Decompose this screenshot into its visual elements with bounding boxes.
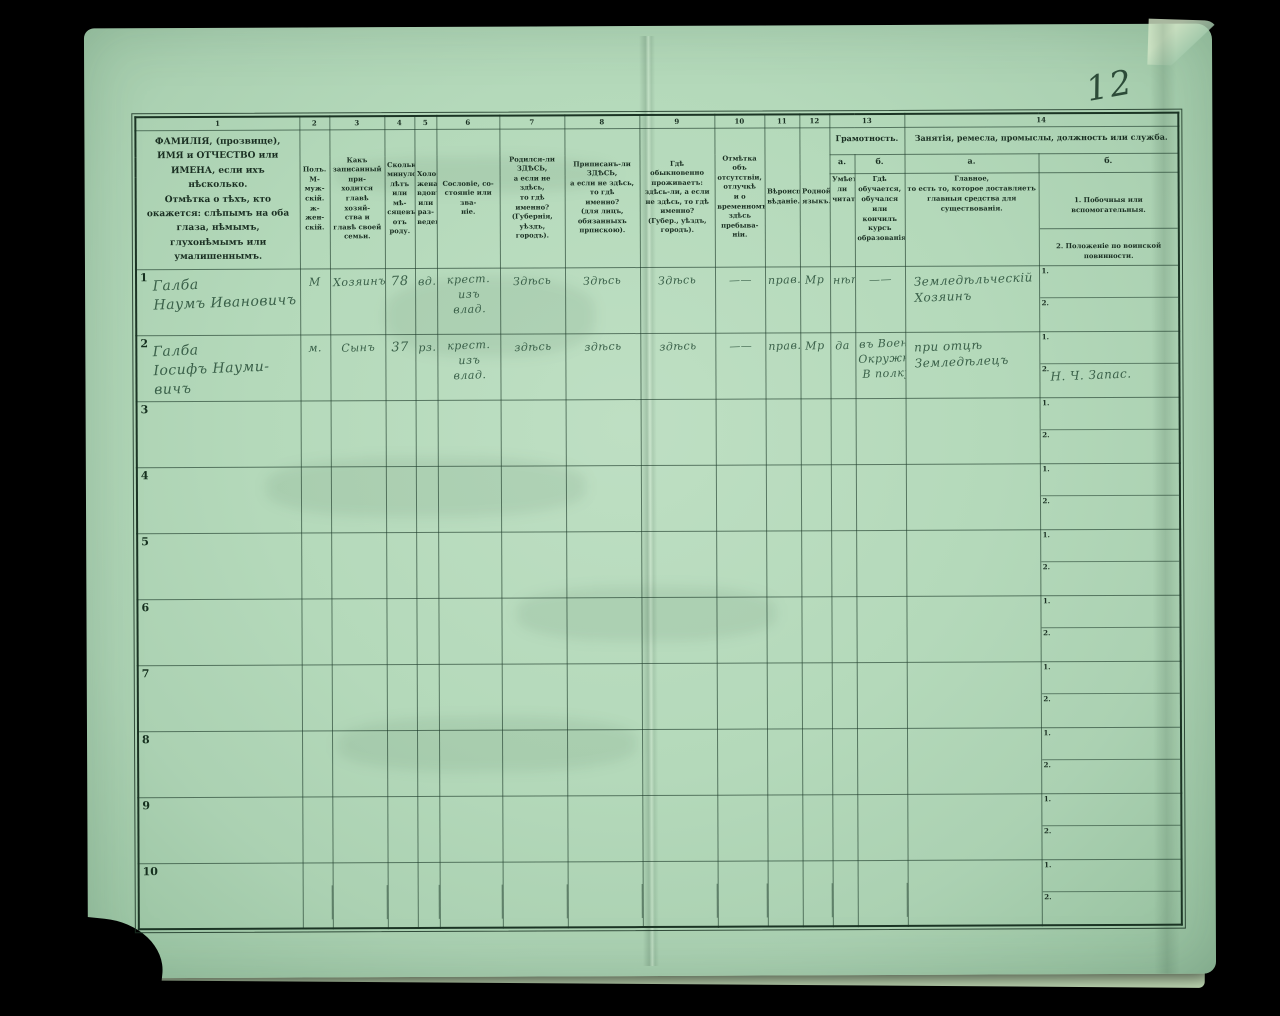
cell-religion [766, 398, 801, 464]
occupation-main-value: при отцѣ Земледѣлецъ [913, 335, 1008, 371]
cell-name: 1Галба Наумъ Ивановичъ [136, 269, 300, 336]
cell-relation [332, 664, 387, 730]
cell-sex-value: М [309, 275, 321, 290]
cell-registration-value: здѣсь [584, 339, 622, 355]
cell-literacy-read: да [830, 332, 855, 398]
cell-language [802, 728, 832, 794]
person-row-8: 81.2. [138, 727, 1181, 798]
cell-birthplace [501, 399, 566, 465]
cell-birthplace [503, 861, 568, 927]
cell-language: Мр [800, 266, 830, 332]
cell-birthplace-value: Здѣсь [513, 273, 552, 289]
cell-literacy-read: нѣтъ [830, 266, 855, 332]
cell-marital [418, 862, 440, 928]
cell-occupation-main [907, 793, 1041, 860]
col-num-5: 5 [414, 116, 436, 130]
cell-name: 8 [138, 731, 302, 798]
cell-language [801, 464, 831, 530]
cell-marital [416, 400, 438, 466]
row-number: 3 [141, 403, 149, 416]
cell-relation-value: Сынъ [341, 340, 376, 356]
sub-cell-first: 1. [1041, 529, 1180, 561]
cell-estate [438, 400, 501, 466]
sub-cell-first: 1. [1041, 727, 1180, 759]
cell-literacy-read [832, 794, 857, 860]
header-occupation-a: а. [904, 154, 1038, 174]
census-table: 1 2 3 4 5 6 7 8 9 10 11 12 13 14 ФАМИЛІЯ… [134, 112, 1183, 931]
census-form-page: 12 1 2 3 4 5 6 7 8 9 10 11 12 13 1 [84, 24, 1216, 979]
cell-registration [566, 531, 641, 597]
cell-relation [331, 400, 386, 466]
header-occupation-side: 1. Побочныя или вспомогательныя. 2. Поло… [1039, 172, 1179, 265]
header-occupation-b: б. [1038, 153, 1178, 173]
cell-residence [642, 729, 717, 795]
sub-cell-label: 2. [1042, 298, 1049, 307]
occupation-main-value: Земледѣльческій Хозяинъ [913, 269, 1033, 306]
cell-absence [716, 465, 766, 531]
cell-absence [716, 597, 766, 663]
cell-name: 2Галба Іосифъ Науми- вичъ [136, 335, 300, 402]
cell-age [387, 796, 417, 862]
header-sex: Полъ. М-муж- скій. ж-жен- скій. [299, 130, 330, 269]
cell-birthplace: Здѣсь [500, 267, 565, 333]
cell-marital [417, 796, 439, 862]
sub-cell-second: 2. [1040, 429, 1179, 462]
cell-occupation-side: 1.2. [1040, 595, 1180, 662]
cell-absence [717, 663, 767, 729]
cell-literacy-read [831, 464, 856, 530]
cell-literacy-read [831, 596, 856, 662]
cell-occupation-main [906, 595, 1040, 662]
cell-registration: Здѣсь [565, 267, 640, 333]
cell-age [386, 466, 416, 532]
sub-cell-second: 2. [1040, 495, 1179, 528]
person-row-6: 61.2. [137, 595, 1180, 666]
cell-residence [641, 399, 716, 465]
cell-absence-value: —— [729, 339, 753, 355]
sub-cell-label: 1. [1043, 662, 1050, 671]
person-name: Галба Іосифъ Науми- вичъ [152, 338, 270, 399]
cell-occupation-main [907, 661, 1041, 728]
header-language: Родной языкъ. [799, 128, 830, 267]
cell-literacy-where-value: въ Воен. Окружн. В полку [857, 335, 906, 382]
col-num-2: 2 [299, 116, 329, 130]
cell-marital-value: рз. [418, 340, 437, 356]
cell-residence-value: здѣсь [659, 339, 697, 355]
col-num-9: 9 [639, 115, 714, 129]
cell-residence [641, 465, 716, 531]
cell-marital [417, 664, 439, 730]
header-relation: Какъ записанный при- ходится главѣ хозяй… [329, 130, 385, 269]
cell-relation: Сынъ [330, 334, 385, 400]
cell-marital: рз. [415, 334, 437, 400]
cell-birthplace [502, 795, 567, 861]
cell-relation [333, 862, 388, 928]
cell-estate [439, 664, 502, 730]
sub-cell-label: 2. [1042, 364, 1049, 373]
header-side-occupation: 1. Побочныя или вспомогательныя. [1039, 183, 1178, 229]
cell-occupation-side: 1.2. [1041, 727, 1181, 794]
cell-sex [302, 796, 332, 862]
cell-religion: прав. [765, 266, 800, 332]
cell-literacy-where [858, 860, 908, 926]
cell-occupation-main [908, 859, 1042, 926]
cell-absence: —— [715, 267, 765, 333]
cell-registration [567, 795, 642, 861]
cell-relation-value: Хозяинъ [332, 274, 385, 291]
cell-sex: М [300, 268, 330, 334]
row-number: 10 [143, 865, 158, 878]
cell-literacy-where [857, 728, 907, 794]
cell-estate: крест. изъ влад. [437, 268, 500, 334]
cell-language [803, 860, 833, 926]
cell-literacy-where [856, 464, 906, 530]
person-name: Галба Наумъ Ивановичъ [152, 272, 296, 315]
cell-name: 5 [137, 533, 301, 600]
cell-literacy-where [856, 398, 906, 464]
cell-sex [301, 532, 331, 598]
cell-literacy-read [832, 662, 857, 728]
cell-registration [566, 597, 641, 663]
cell-estate-value: крест. изъ влад. [439, 271, 499, 318]
sub-cell-first: 1. [1039, 265, 1178, 297]
cell-estate [438, 466, 501, 532]
cell-sex [303, 862, 333, 928]
col-num-3: 3 [329, 116, 384, 130]
col-num-12: 12 [799, 114, 829, 128]
header-occupation-group: Занятія, ремесла, промыслы, должность ил… [904, 126, 1178, 154]
row-number: 1 [140, 271, 148, 284]
sub-cell-first: 1. [1042, 859, 1181, 891]
cell-language: Мр [800, 332, 830, 398]
cell-religion [767, 728, 802, 794]
cell-residence [643, 861, 718, 927]
sub-cell-label: 2. [1043, 628, 1050, 637]
cell-occupation-side: 1.2. [1040, 463, 1180, 530]
col-num-7: 7 [499, 115, 564, 129]
header-marital: Холостъ, женатъ, вдовъ или раз- веденъ. [414, 129, 437, 268]
cell-registration [566, 465, 641, 531]
sub-cell-second: 2. [1041, 693, 1180, 726]
sub-cell-label: 2. [1042, 496, 1049, 505]
cell-age: 78 [385, 268, 415, 334]
cell-birthplace: здѣсь [500, 333, 565, 399]
header-surname: ФАМИЛІЯ, (прозвище), ИМЯ и ОТЧЕСТВО или … [135, 130, 300, 269]
col-num-6: 6 [436, 116, 499, 130]
cell-residence: здѣсь [640, 333, 715, 399]
person-row-4: 41.2. [137, 463, 1180, 534]
sub-cell-label: 2. [1042, 430, 1049, 439]
header-residence: Гдѣ обыкновенно проживаетъ: здѣсь-ли, а … [639, 128, 715, 267]
person-row-2: 2Галба Іосифъ Науми- вичъм.Сынъ37рз.крес… [136, 331, 1179, 402]
cell-age [386, 400, 416, 466]
cell-religion [766, 530, 801, 596]
cell-occupation-main: при отцѣ Земледѣлецъ [905, 331, 1039, 398]
cell-residence: Здѣсь [640, 267, 715, 333]
cell-occupation-side: 1.2. [1040, 529, 1180, 596]
sub-cell-label: 2. [1044, 892, 1051, 901]
sub-cell-first: 1. [1040, 331, 1179, 363]
cell-absence [717, 795, 767, 861]
sub-cell-label: 1. [1044, 794, 1051, 803]
sub-cell-label: 2. [1044, 760, 1051, 769]
cell-literacy-read-value: нѣтъ [832, 272, 855, 288]
page-number: 12 [1083, 62, 1137, 110]
sub-cell-label: 1. [1042, 332, 1049, 341]
cell-relation [331, 532, 386, 598]
person-row-7: 71.2. [138, 661, 1181, 732]
cell-occupation-main [906, 397, 1040, 464]
cell-age [386, 532, 416, 598]
cell-language-value: Мр [805, 338, 825, 354]
cell-literacy-where [857, 794, 907, 860]
row-number: 2 [140, 337, 148, 350]
cell-absence-value: —— [728, 273, 752, 289]
cell-absence [716, 399, 766, 465]
cell-literacy-where [856, 530, 906, 596]
sub-cell-first: 1. [1042, 793, 1181, 825]
cell-name: 4 [137, 467, 301, 534]
cell-relation: Хозяинъ [330, 268, 385, 334]
sub-cell-second: 2. [1040, 297, 1179, 330]
cell-name: 3 [137, 401, 301, 468]
sub-cell-label: 1. [1042, 398, 1049, 407]
cell-sex-value: м. [308, 341, 322, 356]
cell-literacy-read [832, 728, 857, 794]
cell-language-value: Мр [805, 272, 825, 288]
cell-occupation-main [907, 727, 1041, 794]
cell-language [801, 398, 831, 464]
cell-literacy-where [857, 662, 907, 728]
col-num-13: 13 [829, 114, 904, 128]
cell-name: 7 [138, 665, 302, 732]
header-religion: Вѣроиспо- вѣданіе. [764, 128, 800, 267]
cell-occupation-side: 1.2. [1041, 661, 1181, 728]
cell-estate [438, 532, 501, 598]
cell-language [801, 530, 831, 596]
cell-marital [416, 532, 438, 598]
cell-name: 6 [137, 599, 301, 666]
cell-age [387, 664, 417, 730]
cell-religion [768, 860, 803, 926]
header-registration: Приписанъ-ли ЗДѢСЬ, а если не здѣсь, то … [564, 129, 640, 268]
cell-language [802, 794, 832, 860]
person-row-10: 101.2. [139, 859, 1182, 930]
cell-religion [766, 464, 801, 530]
header-occupation-main: Главное, то есть то, которое доставляетъ… [905, 173, 1039, 266]
person-row-1: 1Галба Наумъ ИвановичъМХозяинъ78вд.крест… [136, 265, 1179, 336]
col-num-1: 1 [135, 117, 299, 131]
col-num-8: 8 [564, 115, 639, 129]
cell-absence [717, 729, 767, 795]
header-absence: Отмѣтка объ отсутствіи, отлучкѣ и о врем… [714, 128, 765, 267]
sub-cell-label: 1. [1043, 530, 1050, 539]
cell-name: 9 [138, 797, 302, 864]
cell-absence: —— [715, 333, 765, 399]
cell-residence [642, 663, 717, 729]
cell-estate [440, 862, 503, 928]
sub-cell-second: 2. [1041, 561, 1180, 594]
cell-estate [438, 598, 501, 664]
cell-relation [332, 796, 387, 862]
cell-birthplace-value: здѣсь [514, 339, 552, 355]
cell-sex [302, 730, 332, 796]
cell-literacy-where [856, 596, 906, 662]
cell-birthplace [501, 597, 566, 663]
cell-literacy-where: въ Воен. Окружн. В полку [855, 332, 905, 398]
cell-age [387, 730, 417, 796]
sub-cell-second: 2. [1042, 825, 1181, 858]
cell-literacy-read [831, 398, 856, 464]
cell-literacy-read [831, 530, 856, 596]
cell-language [801, 596, 831, 662]
cell-registration [567, 663, 642, 729]
person-row-5: 51.2. [137, 529, 1180, 600]
cell-relation [331, 466, 386, 532]
cell-marital-value: вд. [417, 274, 436, 290]
col-num-14: 14 [904, 113, 1178, 128]
cell-residence [641, 531, 716, 597]
cell-marital [416, 466, 438, 532]
cell-occupation-side: 1.2. [1042, 859, 1182, 926]
cell-relation [332, 730, 387, 796]
cell-religion [767, 662, 802, 728]
sub-cell-second: 2. [1041, 627, 1180, 660]
col-num-11: 11 [764, 114, 799, 128]
cell-birthplace [502, 729, 567, 795]
cell-residence [641, 597, 716, 663]
cell-occupation-side: 1.2. [1040, 397, 1180, 464]
cell-absence [716, 531, 766, 597]
sub-cell-label: 1. [1044, 860, 1051, 869]
person-row-9: 91.2. [138, 793, 1181, 864]
cell-sex [301, 466, 331, 532]
cell-residence [642, 795, 717, 861]
header-literacy-where: Гдѣ обучается, обучался или кончилъ курс… [855, 174, 905, 267]
cell-literacy-where: —— [855, 266, 905, 332]
row-number: 5 [141, 535, 149, 548]
cell-sex [302, 664, 332, 730]
cell-sex [301, 598, 331, 664]
cell-registration [567, 729, 642, 795]
cell-religion [767, 794, 802, 860]
cell-age-value: 78 [391, 272, 409, 290]
row-number: 4 [141, 469, 149, 482]
cell-occupation-side: 1.2.Н. Ч. Запас. [1039, 331, 1179, 398]
cell-sex: м. [300, 334, 330, 400]
col-num-10: 10 [714, 114, 764, 128]
cell-literacy-where-value: —— [868, 272, 892, 288]
header-literacy-group: Грамотность. [829, 127, 904, 154]
cell-literacy-read-value: да [835, 338, 850, 353]
cell-sex [301, 400, 331, 466]
sub-cell-second: 2. [1042, 759, 1181, 792]
cell-name: 10 [139, 863, 303, 930]
cell-registration: здѣсь [565, 333, 640, 399]
military-status-value: Н. Ч. Запас. [1050, 366, 1132, 385]
sub-cell-second: 2.Н. Ч. Запас. [1040, 363, 1179, 396]
sub-cell-label: 1. [1043, 596, 1050, 605]
cell-absence [718, 861, 768, 927]
header-literacy-read: Умѣетъ- ли читать? [830, 174, 855, 266]
sub-cell-label: 1. [1041, 266, 1048, 275]
cell-occupation-main [906, 463, 1040, 530]
sub-cell-first: 1. [1040, 463, 1179, 495]
sub-cell-label: 2. [1044, 826, 1051, 835]
row-number: 8 [142, 733, 150, 746]
cell-religion-value: прав. [768, 338, 801, 354]
cell-marital [417, 730, 439, 796]
cell-estate [439, 730, 502, 796]
cell-occupation-side: 1.2. [1041, 793, 1181, 860]
cell-registration [566, 399, 641, 465]
cell-residence-value: Здѣсь [658, 273, 697, 289]
sub-cell-label: 2. [1043, 562, 1050, 571]
cell-marital [416, 598, 438, 664]
cell-age: 37 [385, 334, 415, 400]
cell-literacy-read [833, 860, 858, 926]
cell-religion [766, 596, 801, 662]
cell-estate-value: крест. изъ влад. [439, 337, 499, 384]
col-num-4: 4 [384, 116, 414, 130]
cell-registration-value: Здѣсь [583, 273, 622, 289]
person-row-3: 31.2. [137, 397, 1180, 468]
header-age: Сколько минуло лѣтъ или мѣ- сяцевъ отъ р… [384, 130, 415, 269]
cell-relation [331, 598, 386, 664]
cell-birthplace [501, 531, 566, 597]
cell-language [802, 662, 832, 728]
cell-estate [439, 796, 502, 862]
cell-birthplace [502, 663, 567, 729]
header-literacy-a: а. [829, 155, 854, 174]
cell-age-value: 37 [391, 338, 409, 356]
header-military-duty: 2. Положеніе по воинской повинности. [1039, 228, 1178, 265]
row-number: 7 [142, 667, 150, 680]
cell-occupation-main [906, 529, 1040, 596]
header-estate: Сословіе, со- стояніе или зва- ніе. [436, 129, 500, 268]
sub-cell-second: 2. [1042, 891, 1181, 924]
cell-age [386, 598, 416, 664]
sub-cell-first: 1. [1041, 661, 1180, 693]
sub-cell-label: 1. [1042, 464, 1049, 473]
cell-registration [568, 861, 643, 927]
sub-cell-label: 2. [1043, 694, 1050, 703]
cell-birthplace [501, 465, 566, 531]
table-body: 1Галба Наумъ ИвановичъМХозяинъ78вд.крест… [136, 265, 1182, 930]
row-number: 9 [142, 799, 150, 812]
cell-occupation-main: Земледѣльческій Хозяинъ [905, 265, 1039, 332]
cell-religion: прав. [765, 332, 800, 398]
sub-cell-first: 1. [1040, 397, 1179, 429]
cell-marital: вд. [415, 268, 437, 334]
row-number: 6 [141, 601, 149, 614]
sub-cell-first: 1. [1041, 595, 1180, 627]
cell-religion-value: прав. [767, 272, 800, 288]
cell-estate: крест. изъ влад. [437, 334, 500, 400]
header-birthplace: Родился-ли ЗДѢСЬ, а если не здѣсь, то гд… [499, 129, 565, 268]
cell-age [388, 862, 418, 928]
sub-cell-label: 1. [1043, 728, 1050, 737]
cell-occupation-side: 1.2. [1039, 265, 1179, 332]
header-literacy-b: б. [854, 154, 904, 173]
